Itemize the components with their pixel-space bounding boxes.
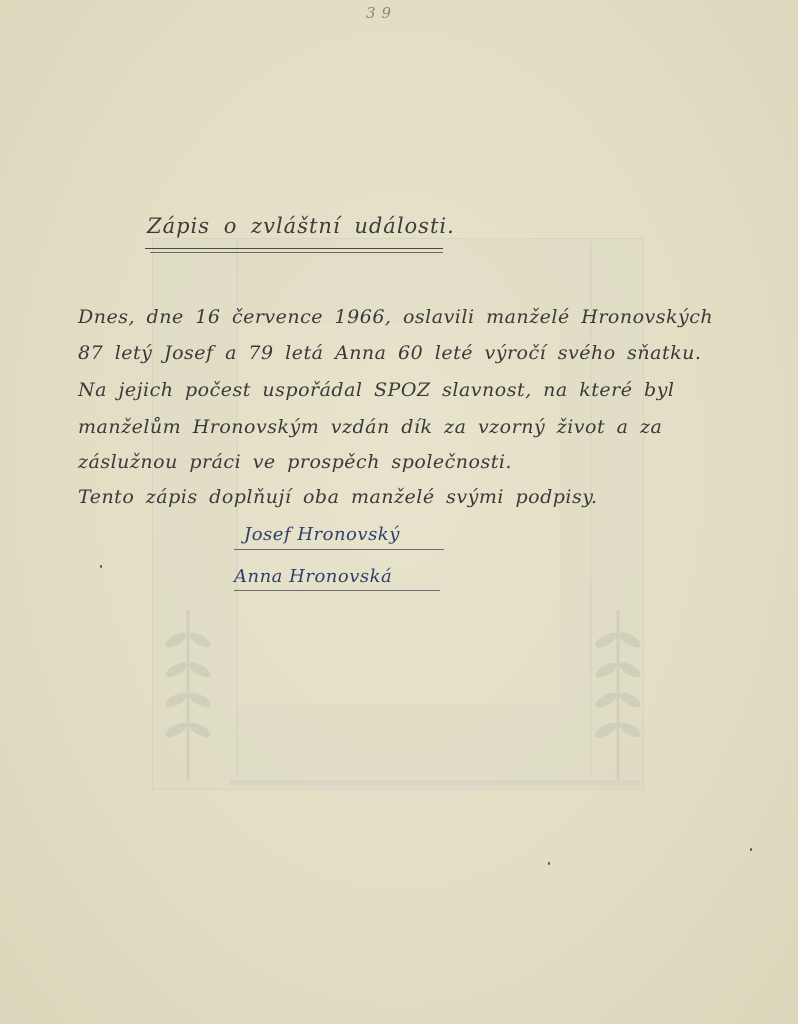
wheat-ornament-icon [160, 610, 216, 780]
body-line: 87 letý Josef a 79 letá Anna 60 leté výr… [78, 342, 701, 364]
body-line: záslužnou práci ve prospěch společnosti. [78, 451, 512, 473]
signature-josef: Josef Hronovský [244, 524, 400, 545]
signature-anna: Anna Hronovská [234, 566, 392, 587]
document-heading: Zápis o zvláštní události. [147, 214, 455, 238]
body-line: manželům Hronovským vzdán dík za vzorný … [78, 416, 662, 438]
heading-underline-second [150, 252, 443, 253]
heading-underline [145, 248, 443, 249]
body-line: Tento zápis doplňují oba manželé svými p… [78, 486, 598, 508]
ink-speck [100, 565, 102, 568]
wheat-ornament-icon [590, 610, 646, 780]
bleed-through-bottom-bar [230, 780, 640, 786]
page-number: 39 [366, 4, 397, 22]
signature-line [234, 590, 440, 591]
body-line: Na jejich počest uspořádal SPOZ slavnost… [78, 379, 675, 401]
signature-line [234, 549, 444, 550]
ink-speck [548, 862, 550, 865]
document-page: 39 Zápis o zvláštní události. Dnes, dne … [0, 0, 798, 1024]
ink-speck [750, 848, 752, 851]
body-line: Dnes, dne 16 července 1966, oslavili man… [78, 306, 713, 328]
